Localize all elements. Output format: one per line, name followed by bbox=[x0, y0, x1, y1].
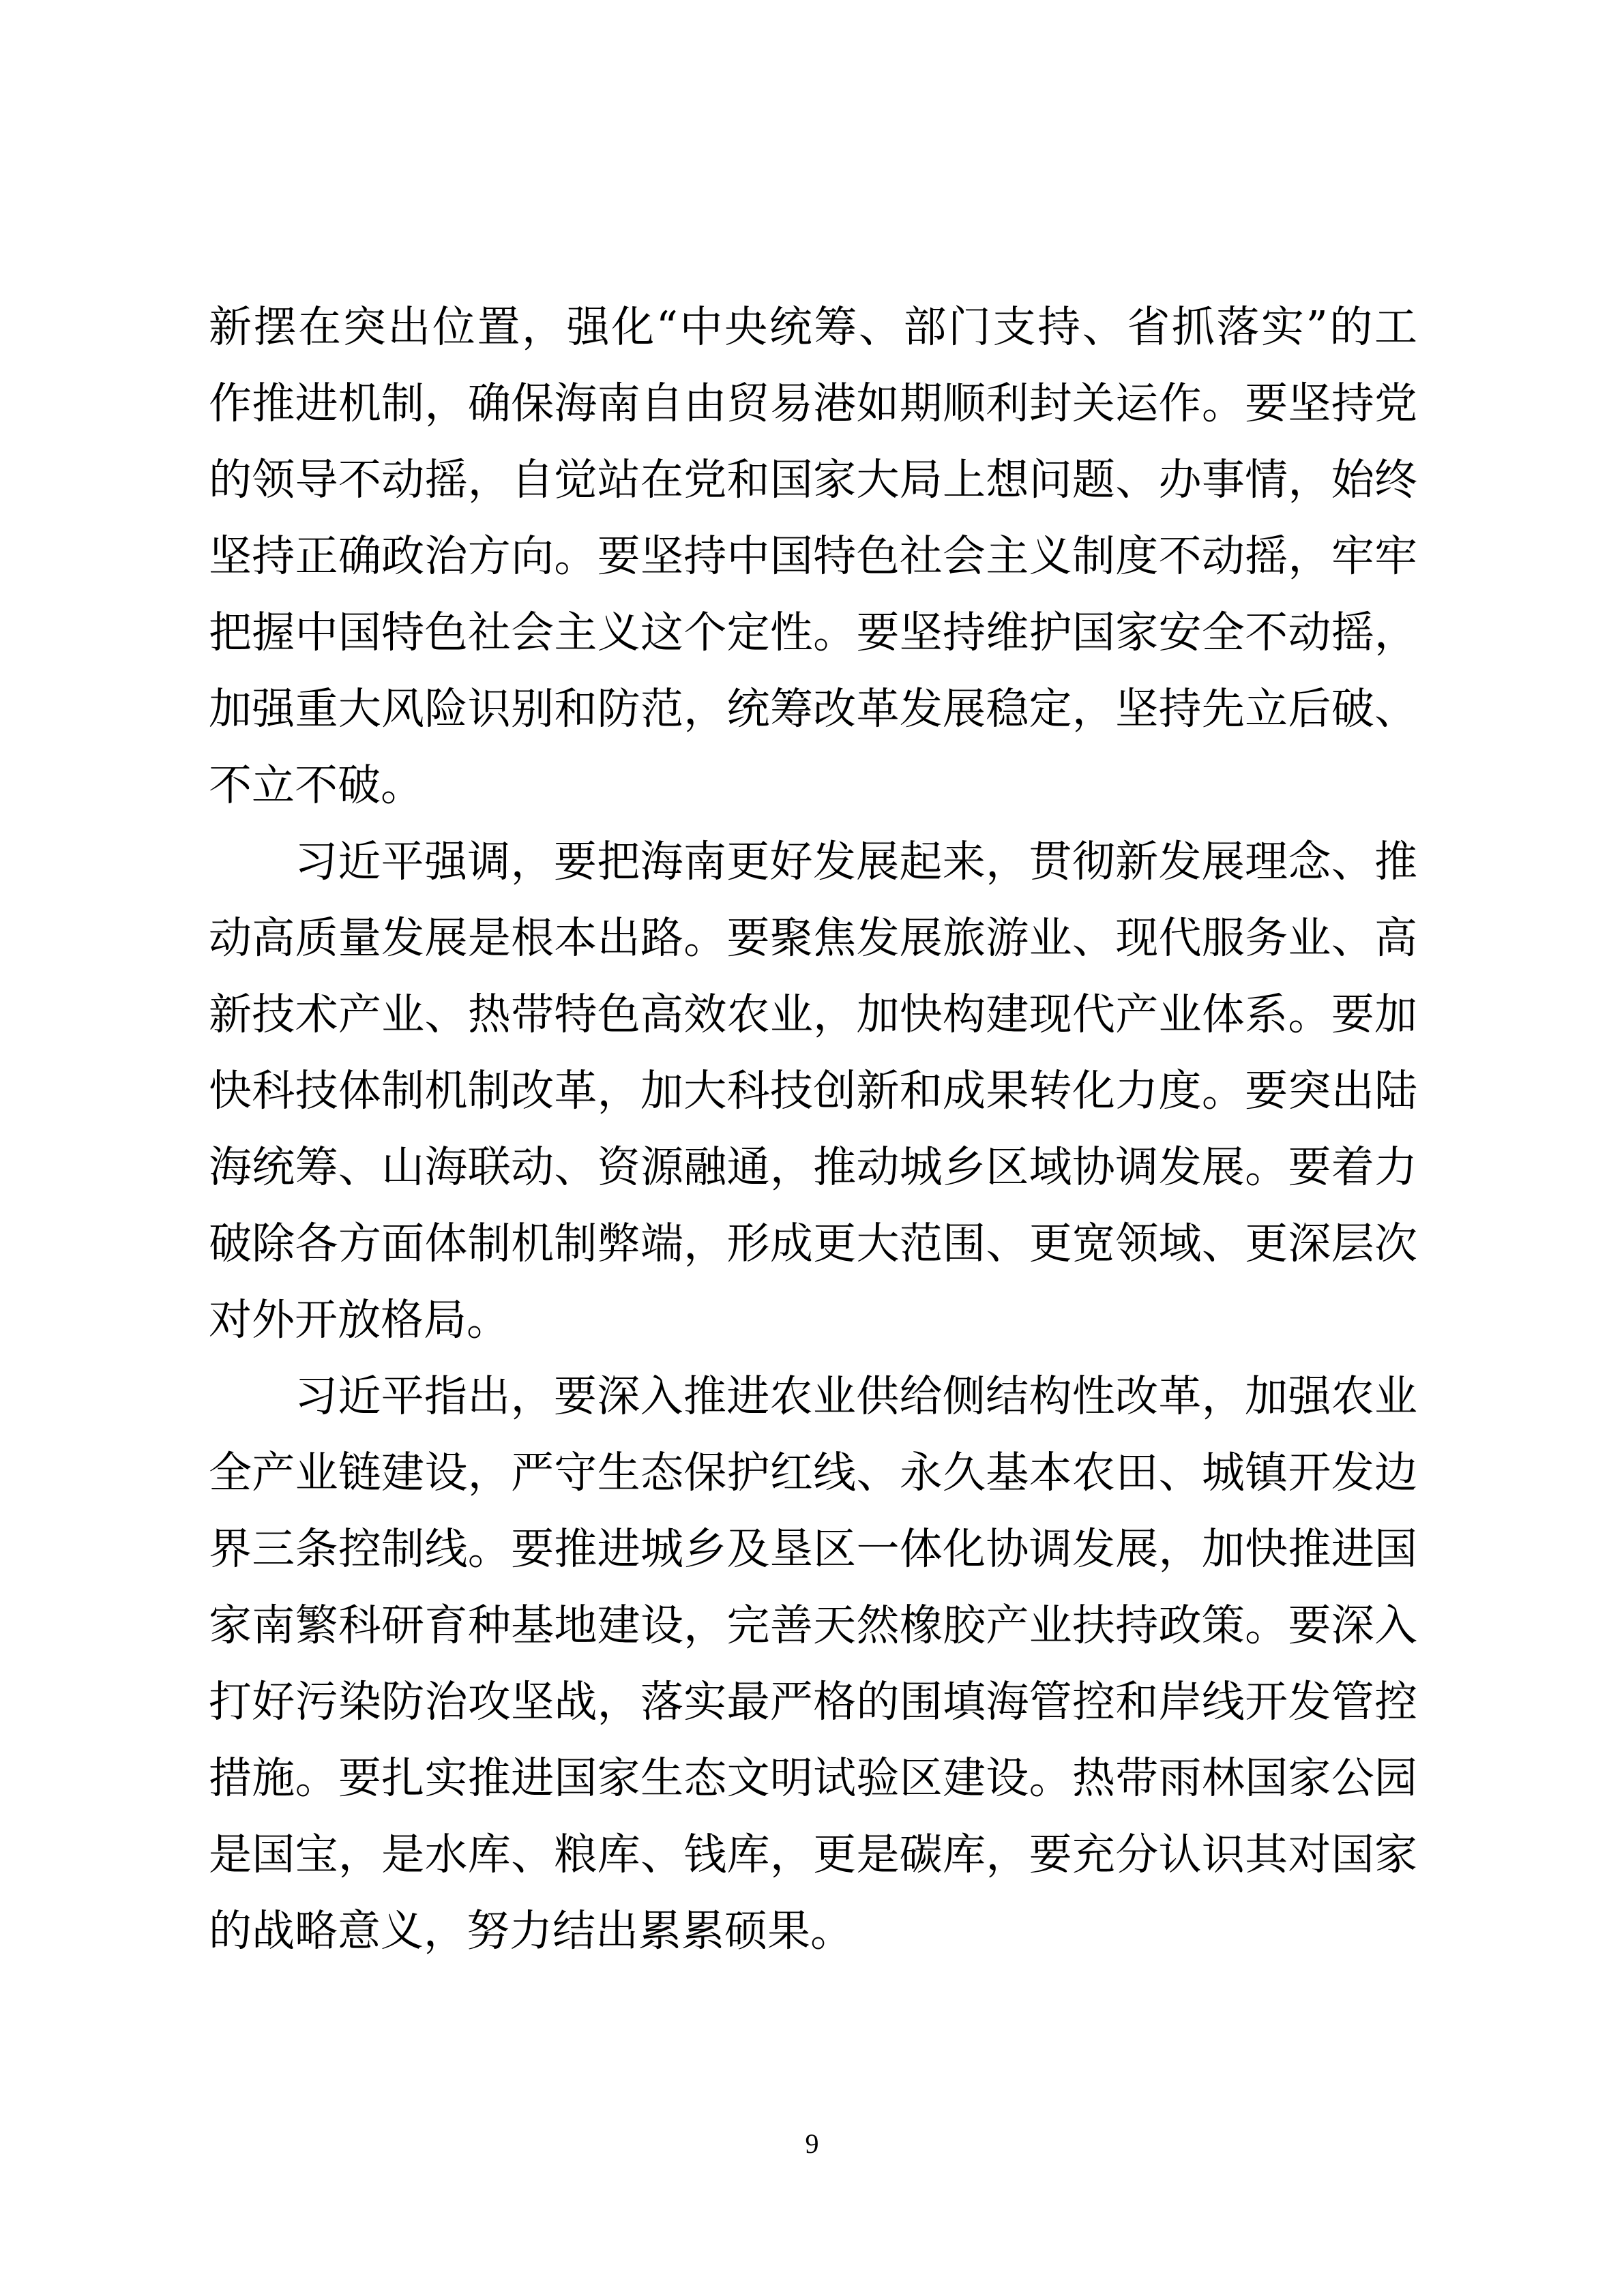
text-line: 习近平强调，要把海南更好发展起来，贯彻新发展理念、推 bbox=[209, 824, 1417, 900]
text-line: 快科技体制机制改革，加大科技创新和成果转化力度。要突出陆 bbox=[209, 1053, 1417, 1129]
text-line: 新摆在突出位置，强化“中央统筹、部门支持、省抓落实”的工 bbox=[209, 289, 1417, 366]
text-line: 的战略意义，努力结出累累硕果。 bbox=[209, 1893, 1417, 1969]
text-line: 打好污染防治攻坚战，落实最严格的围填海管控和岸线开发管控 bbox=[209, 1664, 1417, 1740]
text-line: 家南繁科研育种基地建设，完善天然橡胶产业扶持政策。要深入 bbox=[209, 1587, 1417, 1664]
text-line: 的领导不动摇，自觉站在党和国家大局上想问题、办事情，始终 bbox=[209, 442, 1417, 518]
text-line: 加强重大风险识别和防范，统筹改革发展稳定，坚持先立后破、 bbox=[209, 671, 1417, 747]
paragraph: 新摆在突出位置，强化“中央统筹、部门支持、省抓落实”的工 作推进机制，确保海南自… bbox=[209, 289, 1417, 824]
text-line: 习近平指出，要深入推进农业供给侧结构性改革，加强农业 bbox=[209, 1358, 1417, 1435]
text-line: 动高质量发展是根本出路。要聚焦发展旅游业、现代服务业、高 bbox=[209, 900, 1417, 976]
text-line: 不立不破。 bbox=[209, 747, 1417, 824]
text-line: 破除各方面体制机制弊端，形成更大范围、更宽领域、更深层次 bbox=[209, 1206, 1417, 1282]
text-line: 全产业链建设，严守生态保护红线、永久基本农田、城镇开发边 bbox=[209, 1435, 1417, 1511]
page-number: 9 bbox=[0, 2130, 1624, 2158]
text-line: 新技术产业、热带特色高效农业，加快构建现代产业体系。要加 bbox=[209, 976, 1417, 1053]
text-line: 措施。要扎实推进国家生态文明试验区建设。热带雨林国家公园 bbox=[209, 1740, 1417, 1817]
text-line: 坚持正确政治方向。要坚持中国特色社会主义制度不动摇，牢牢 bbox=[209, 518, 1417, 595]
text-line: 界三条控制线。要推进城乡及垦区一体化协调发展，加快推进国 bbox=[209, 1511, 1417, 1587]
paragraph: 习近平强调，要把海南更好发展起来，贯彻新发展理念、推 动高质量发展是根本出路。要… bbox=[209, 824, 1417, 1358]
paragraph: 习近平指出，要深入推进农业供给侧结构性改革，加强农业 全产业链建设，严守生态保护… bbox=[209, 1358, 1417, 1969]
body-text: 新摆在突出位置，强化“中央统筹、部门支持、省抓落实”的工 作推进机制，确保海南自… bbox=[209, 289, 1417, 1969]
text-line: 把握中国特色社会主义这个定性。要坚持维护国家安全不动摇， bbox=[209, 595, 1417, 671]
text-line: 海统筹、山海联动、资源融通，推动城乡区域协调发展。要着力 bbox=[209, 1129, 1417, 1206]
text-line: 对外开放格局。 bbox=[209, 1282, 1417, 1358]
text-line: 是国宝，是水库、粮库、钱库，更是碳库，要充分认识其对国家 bbox=[209, 1817, 1417, 1893]
text-line: 作推进机制，确保海南自由贸易港如期顺利封关运作。要坚持党 bbox=[209, 366, 1417, 442]
document-page: 新摆在突出位置，强化“中央统筹、部门支持、省抓落实”的工 作推进机制，确保海南自… bbox=[0, 0, 1624, 2296]
